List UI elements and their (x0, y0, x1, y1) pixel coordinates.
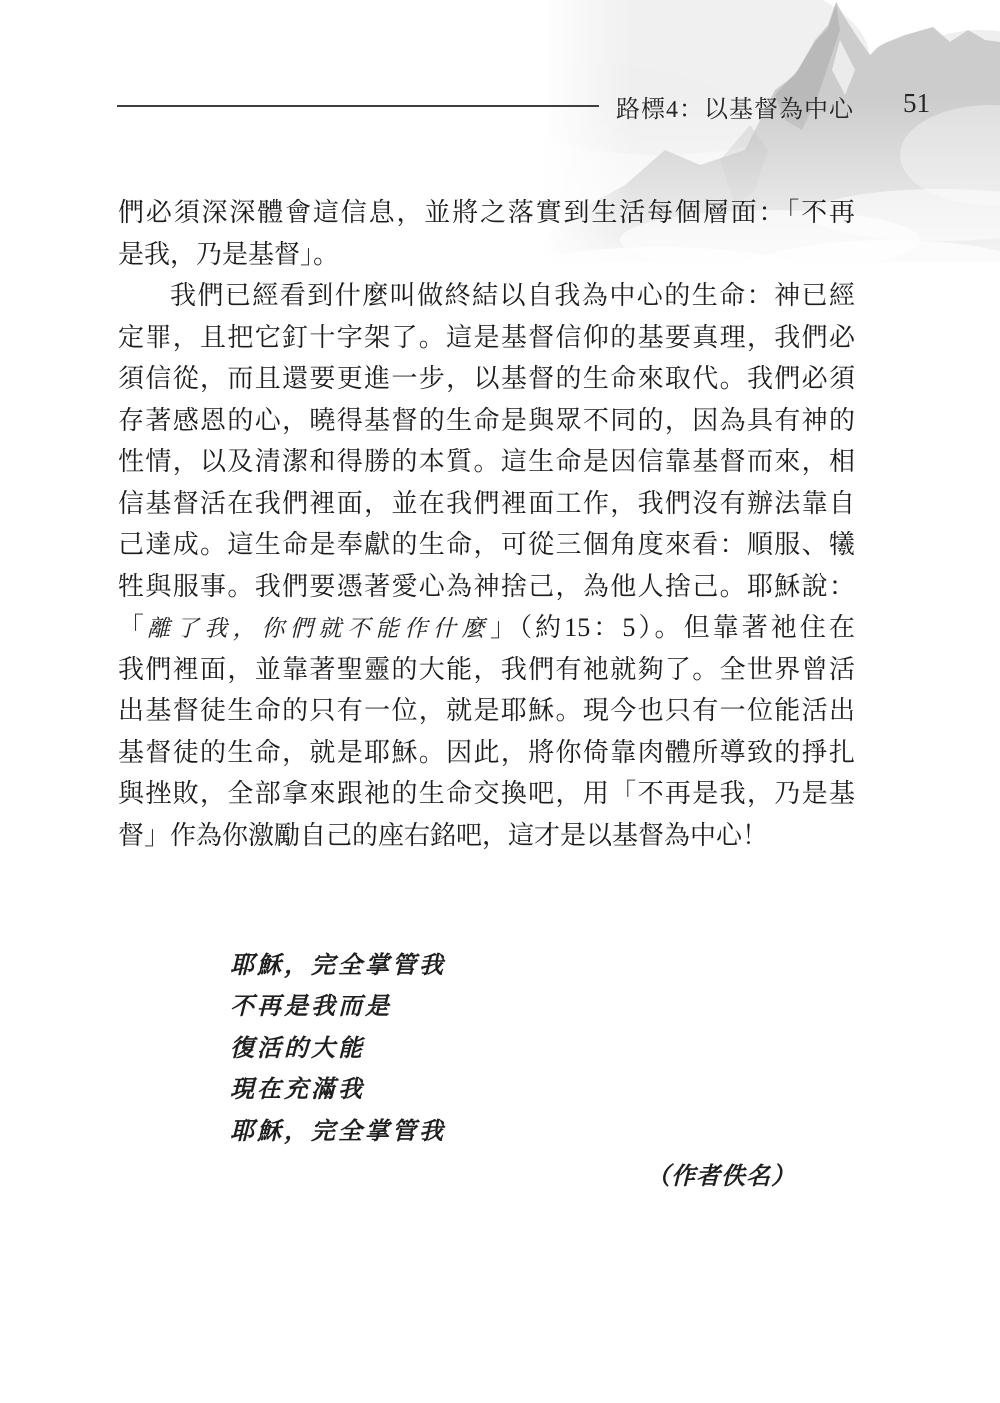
body-line: 性情，以及清潔和得勝的本質。這生命是因信靠基督而來，相 (118, 441, 855, 483)
body-line: 們必須深深體會這信息，並將之落實到生活每個層面：「不再 (118, 192, 855, 234)
body-line: 基督徒的生命，就是耶穌。因此，將你倚靠肉體所導致的掙扎 (118, 732, 855, 774)
body-text: 們必須深深體會這信息，並將之落實到生活每個層面：「不再 是我，乃是基督」。 我們… (118, 192, 855, 856)
poem-line: 不再是我而是 (230, 987, 446, 1028)
body-line: 定罪，且把它釘十字架了。這是基督信仰的基要真理，我們必 (118, 317, 855, 359)
body-line: 我們已經看到什麼叫做終結以自我為中心的生命：神已經 (118, 275, 855, 317)
body-line: 督」作為你激勵自己的座右銘吧，這才是以基督為中心！ (118, 815, 855, 857)
book-page: 路標4：以基督為中心 51 們必須深深體會這信息，並將之落實到生活每個層面：「不… (0, 0, 1000, 1403)
body-line: 信基督活在我們裡面，並在我們裡面工作，我們沒有辦法靠自 (118, 483, 855, 525)
scripture-reference: 」（約15：5）。但靠著祂住在 (490, 613, 855, 642)
body-line: 存著感恩的心，曉得基督的生命是與眾不同的，因為具有神的 (118, 400, 855, 442)
body-line: 牲與服事。我們要憑著愛心為神捨己，為他人捨己。耶穌說： (118, 566, 855, 608)
body-line: 己達成。這生命是奉獻的生命，可從三個角度來看：順服、犧 (118, 524, 855, 566)
poem-line: 復活的大能 (230, 1029, 446, 1070)
body-line-scripture: 「離了我，你們就不能作什麼」（約15：5）。但靠著祂住在 (118, 607, 855, 649)
chapter-title: 路標4：以基督為中心 (616, 89, 854, 124)
scripture-quote: 離了我，你們就不能作什麼 (147, 616, 490, 641)
header-rule (117, 105, 599, 107)
body-line: 我們裡面，並靠著聖靈的大能，我們有祂就夠了。全世界曾活 (118, 649, 855, 691)
body-line: 出基督徒生命的只有一位，就是耶穌。現今也只有一位能活出 (118, 690, 855, 732)
body-line: 與挫敗，全部拿來跟祂的生命交換吧，用「不再是我，乃是基 (118, 773, 855, 815)
poem-line: 耶穌，完全掌管我 (230, 946, 446, 987)
body-line: 是我，乃是基督」。 (118, 234, 855, 276)
poem-line: 耶穌，完全掌管我 (230, 1112, 446, 1153)
poem-attribution: （作者佚名） (646, 1156, 796, 1191)
quote-open-bracket: 「 (118, 613, 147, 642)
poem-line: 現在充滿我 (230, 1070, 446, 1111)
body-line: 須信從，而且還要更進一步，以基督的生命來取代。我們必須 (118, 358, 855, 400)
hymn-poem: 耶穌，完全掌管我 不再是我而是 復活的大能 現在充滿我 耶穌，完全掌管我 (230, 946, 446, 1153)
page-number: 51 (903, 88, 930, 119)
